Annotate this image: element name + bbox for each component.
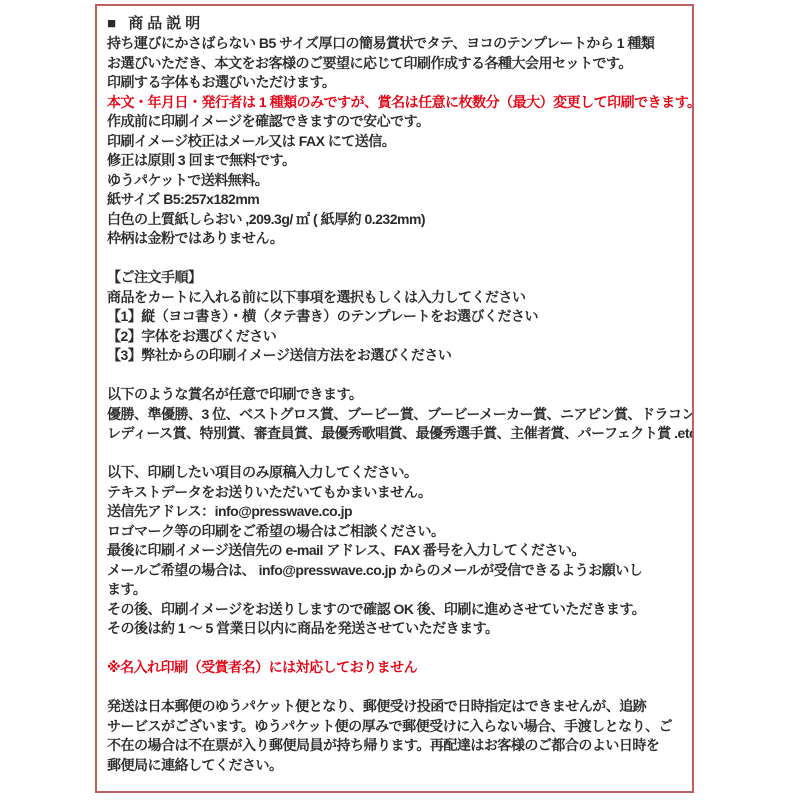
description-line: ※名入れ印刷（受賞者名）には対応しておりません: [107, 658, 686, 678]
product-description-page: ■ 商品説明 持ち運びにかさばらない B5 サイズ厚口の簡易賞状でタテ、ヨコのテ…: [0, 0, 800, 800]
description-line: サービスがございます。ゆうパケット便の厚みで郵便受けに入らない場合、手渡しとなり…: [107, 717, 686, 737]
description-line: ゆうパケットで送料無料。: [107, 171, 686, 191]
description-line: 以下、印刷したい項目のみ原稿入力してください。: [107, 463, 686, 483]
description-line: お選びいただき、本文をお客様のご要望に応じて印刷作成する各種大会用セットです。: [107, 54, 686, 74]
blank-line: [107, 639, 686, 659]
description-line: 不在の場合は不在票が入り郵便局員が持ち帰ります。再配達はお客様のご都合のよい日時…: [107, 736, 686, 756]
description-line: 作成前に印刷イメージを確認できますので安心です。: [107, 112, 686, 132]
description-line: 本文・年月日・発行者は 1 種類のみですが、賞名は任意に枚数分（最大）変更して印…: [107, 93, 686, 113]
description-line: メールご希望の場合は、 info@presswave.co.jp からのメールが…: [107, 561, 686, 581]
description-line: 発送は日本郵便のゆうパケット便となり、郵便受け投函で日時指定はできませんが、追跡: [107, 697, 686, 717]
description-line: 紙サイズ B5:257x182mm: [107, 190, 686, 210]
section-title: ■ 商品説明: [107, 13, 686, 34]
description-line: 送信先アドレス：info@presswave.co.jp: [107, 502, 686, 522]
description-line: 枠柄は金粉ではありません。: [107, 229, 686, 249]
blank-line: [107, 249, 686, 269]
blank-line: [107, 366, 686, 386]
description-line: その後は約 1 ～ 5 営業日以内に商品を発送させていただきます。: [107, 619, 686, 639]
description-line: 【3】弊社からの印刷イメージ送信方法をお選びください: [107, 346, 686, 366]
description-lines: 持ち運びにかさばらない B5 サイズ厚口の簡易賞状でタテ、ヨコのテンプレートから…: [107, 34, 686, 775]
description-line: 優勝、準優勝、3 位、ベストグロス賞、ブービー賞、ブービーメーカー賞、ニアピン賞…: [107, 405, 686, 425]
description-line: 印刷する字体もお選びいただけます。: [107, 73, 686, 93]
description-line: レディース賞、特別賞、審査員賞、最優秀歌唱賞、最優秀選手賞、主催者賞、パーフェク…: [107, 424, 686, 444]
description-line: 以下のような賞名が任意で印刷できます。: [107, 385, 686, 405]
description-line: その後、印刷イメージをお送りしますので確認 OK 後、印刷に進めさせていただきま…: [107, 600, 686, 620]
description-line: 商品をカートに入れる前に以下事項を選択もしくは入力してください: [107, 288, 686, 308]
description-line: テキストデータをお送りいただいてもかまいません。: [107, 483, 686, 503]
blank-line: [107, 678, 686, 698]
description-line: 郵便局に連絡してください。: [107, 756, 686, 776]
description-line: ます。: [107, 580, 686, 600]
blank-line: [107, 444, 686, 464]
description-line: 持ち運びにかさばらない B5 サイズ厚口の簡易賞状でタテ、ヨコのテンプレートから…: [107, 34, 686, 54]
description-line: 白色の上質紙しらおい ,209.3g/ ㎡ ( 紙厚約 0.232mm): [107, 210, 686, 230]
description-line: 修正は原則 3 回まで無料です。: [107, 151, 686, 171]
description-line: 【2】字体をお選びください: [107, 327, 686, 347]
description-line: 最後に印刷イメージ送信先の e-mail アドレス、FAX 番号を入力してくださ…: [107, 541, 686, 561]
description-line: ロゴマーク等の印刷をご希望の場合はご相談ください。: [107, 522, 686, 542]
description-box: ■ 商品説明 持ち運びにかさばらない B5 サイズ厚口の簡易賞状でタテ、ヨコのテ…: [95, 4, 694, 793]
description-line: 印刷イメージ校正はメール又は FAX にて送信。: [107, 132, 686, 152]
description-line: 【1】縦（ヨコ書き）・横（タテ書き）のテンプレートをお選びください: [107, 307, 686, 327]
description-line: 【ご注文手順】: [107, 268, 686, 288]
